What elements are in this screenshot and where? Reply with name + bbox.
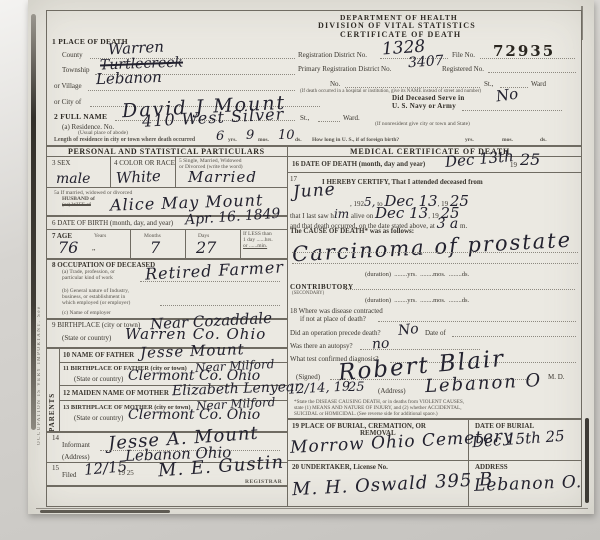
occurred-time-value: 3 a — [437, 216, 459, 232]
spouse-label-wife: (or) WIFE of — [62, 202, 91, 209]
age-years-value: 76 — [58, 240, 78, 256]
attended-from-value: June — [292, 182, 336, 202]
race-value: White — [116, 169, 162, 186]
parents-divider — [59, 347, 60, 431]
cause-line-2 — [292, 263, 578, 264]
navy-value: No — [495, 87, 519, 105]
duration-label-2: (duration) — [365, 297, 391, 304]
birthplace-state-value: Warren Co. Ohio — [125, 327, 266, 342]
dod-bottom-line — [287, 172, 582, 173]
cause-of-death-label: The CAUSE OF DEATH* was as follows: — [290, 227, 414, 235]
autopsy-label: Was there an autopsy? — [290, 342, 353, 350]
village-leader — [88, 90, 295, 91]
yrs-label: yrs. — [228, 137, 237, 144]
scan-right-mark — [585, 418, 589, 503]
full-name-label: 2 FULL NAME — [54, 112, 107, 121]
undertaker-address-value: Lebanon O. — [474, 474, 583, 495]
scan-bottom-edge — [36, 508, 588, 509]
date-of-death-label: 16 DATE OF DEATH (month, day and year) — [292, 160, 425, 168]
footnote-line3: SUICIDAL or HOMICIDAL. (See reverse side… — [294, 411, 438, 417]
village-label: or Village — [54, 82, 82, 90]
duration-row-2: (duration) ........yrs. ........mos. ...… — [365, 297, 469, 304]
sex-value: male — [56, 172, 90, 186]
age-col-divider-2 — [185, 229, 186, 258]
township-label: Township — [62, 66, 90, 74]
certify-text: I HEREBY CERTIFY, That I attended deceas… — [322, 178, 483, 186]
filed-label: Filed — [62, 471, 76, 479]
street-no-leader — [345, 87, 480, 88]
file-no-label: File No. — [452, 51, 475, 59]
burial-top-line — [287, 418, 582, 420]
st-label: St., — [484, 80, 493, 88]
form-border-bottom — [46, 506, 582, 507]
filed-year: 19 25 — [118, 469, 134, 477]
length-mos-value: 9 — [246, 129, 254, 142]
marital-value: Married — [188, 170, 257, 185]
sex-label: 3 SEX — [52, 159, 70, 167]
length-ds-value: 10 — [278, 129, 295, 142]
registration-district-label: Registration District No. — [298, 51, 367, 59]
race-label: 4 COLOR OR RACE — [114, 159, 175, 167]
length-residence-label: Length of residence in city or town wher… — [54, 137, 195, 144]
parents-label: PARENTS — [48, 352, 56, 432]
informant-label: Informant — [62, 441, 90, 449]
foreign-yrs-label: yrs. — [465, 137, 474, 144]
county-label: County — [62, 51, 83, 59]
signed-date-value: 12/14, 19 — [288, 380, 351, 396]
village-value: Lebanon — [96, 70, 162, 87]
operation-date-leader — [452, 336, 576, 337]
registered-no-leader — [488, 72, 576, 73]
age-col-divider-1 — [130, 229, 131, 258]
duration-ds-1: ds. — [462, 271, 469, 278]
scan-bottom-smear — [40, 510, 170, 513]
birthplace-state-label: (State or country) — [62, 334, 111, 342]
occupation-a-label-2: particular kind of work — [62, 275, 113, 282]
occupation-a-leader — [140, 281, 280, 282]
foreign-birth-label: How long in U. S., if of foreign birth? — [312, 137, 399, 144]
mother-state-label: (State or country) — [74, 414, 123, 422]
mother-state-value: Clermont Co. Ohio — [128, 408, 260, 422]
father-state-label: (State or country) — [74, 375, 123, 383]
burial-label-line1: 19 PLACE OF BURIAL, CREMATION, OR — [292, 422, 426, 430]
undertaker-label: 20 UNDERTAKER, License No. — [292, 463, 388, 471]
duration-yrs-2: yrs. — [407, 297, 417, 304]
duration-mos-1: mos. — [433, 271, 445, 278]
city-label: or City of — [54, 98, 81, 106]
scanned-death-certificate: { "header": { "dept": "DEPARTMENT OF HEA… — [0, 0, 600, 540]
ward-label: Ward — [531, 80, 546, 88]
form-border-right — [581, 10, 582, 507]
filed-number: 15 — [52, 464, 59, 472]
sex-row-bottom-line — [46, 187, 287, 188]
nonresident-note: (If nonresident give city or town and St… — [375, 121, 470, 128]
left-title-underline — [46, 156, 287, 157]
length-yrs-value: 6 — [216, 130, 224, 143]
duration-mos-2: mos. — [433, 297, 445, 304]
sex-race-divider — [110, 156, 111, 187]
cause-line-1 — [292, 252, 578, 253]
operation-label: Did an operation precede death? — [290, 329, 381, 337]
race-marital-divider — [175, 156, 176, 187]
occupation-b-leader — [160, 305, 280, 306]
occupation-c-label: (c) Name of employer — [62, 310, 111, 317]
duration-row-1: (duration) ........yrs. ........mos. ...… — [365, 271, 469, 278]
occupation-b-label-3: which employed (or employer) — [62, 300, 130, 307]
date-of-death-year-print: 19 — [510, 161, 517, 169]
foreign-ds-label: ds. — [540, 137, 547, 144]
dob-row-bottom-line — [46, 229, 287, 230]
navy-leader — [462, 110, 562, 111]
age-years-ditto: ,, — [92, 244, 96, 252]
secondary-label: (SECONDARY) — [292, 291, 324, 297]
binding-shadow — [31, 14, 36, 430]
duration-ds-2: ds. — [462, 297, 469, 304]
navy-label-line1: Did Deceased Serve in — [392, 94, 465, 102]
left-column-bottom-line — [46, 485, 287, 487]
father-name-value: Jesse Mount — [140, 342, 245, 361]
margin-note: OCCUPATION IS VERY IMPORTANT. See — [37, 155, 43, 445]
md-label: M. D. — [548, 373, 565, 381]
date-of-death-year-value: 25 — [520, 152, 540, 168]
mother-name-label: 12 MAIDEN NAME OF MOTHER — [63, 389, 169, 397]
age-col-divider-3 — [240, 229, 241, 258]
ward2-label: Ward. — [343, 114, 360, 122]
st2-leader — [318, 121, 340, 122]
disease-contracted-label-2: if not at place of death? — [300, 315, 366, 323]
file-no-leader — [480, 58, 575, 59]
street-no-label: No. — [330, 80, 340, 88]
duration-label-1: (duration) — [365, 271, 391, 278]
primary-registration-label: Primary Registration District No. — [298, 65, 391, 73]
personal-particulars-title: PERSONAL AND STATISTICAL PARTICULARS — [68, 147, 265, 156]
duration-yrs-1: yrs. — [407, 271, 417, 278]
form-border-top — [46, 10, 582, 11]
signed-date-year: 25 — [348, 381, 365, 394]
navy-label-line2: U. S. Navy or Army — [392, 102, 456, 110]
age-years-label: Years — [94, 233, 106, 240]
primary-registration-value: 3407 — [408, 54, 445, 70]
age-less-label-3: or ......min. — [243, 243, 267, 250]
mos-label: mos. — [258, 137, 269, 144]
physician-address-label: (Address) — [378, 387, 406, 395]
abode-note: (Usual place of abode) — [78, 130, 128, 137]
ds-label: ds. — [295, 137, 302, 144]
column-divider-line — [287, 145, 288, 507]
dob-label: 6 DATE OF BIRTH (month, day, and year) — [52, 219, 173, 227]
operation-value: No — [397, 322, 419, 338]
st2-label: St., — [300, 114, 309, 122]
age-days-value: 27 — [196, 240, 216, 256]
informant-number: 14 — [52, 434, 59, 442]
foreign-mos-label: mos. — [502, 137, 513, 144]
contributory-leader — [345, 289, 575, 290]
registered-no-label: Registered No. — [442, 65, 484, 73]
age-months-value: 7 — [150, 240, 160, 256]
header-division: DIVISION OF VITAL STATISTICS — [318, 21, 476, 30]
undertaker-top-line — [287, 460, 582, 461]
occurred-m-print: m. — [460, 222, 467, 230]
father-name-label: 10 NAME OF FATHER — [63, 351, 134, 359]
date-of-operation-label: Date of — [425, 329, 446, 337]
